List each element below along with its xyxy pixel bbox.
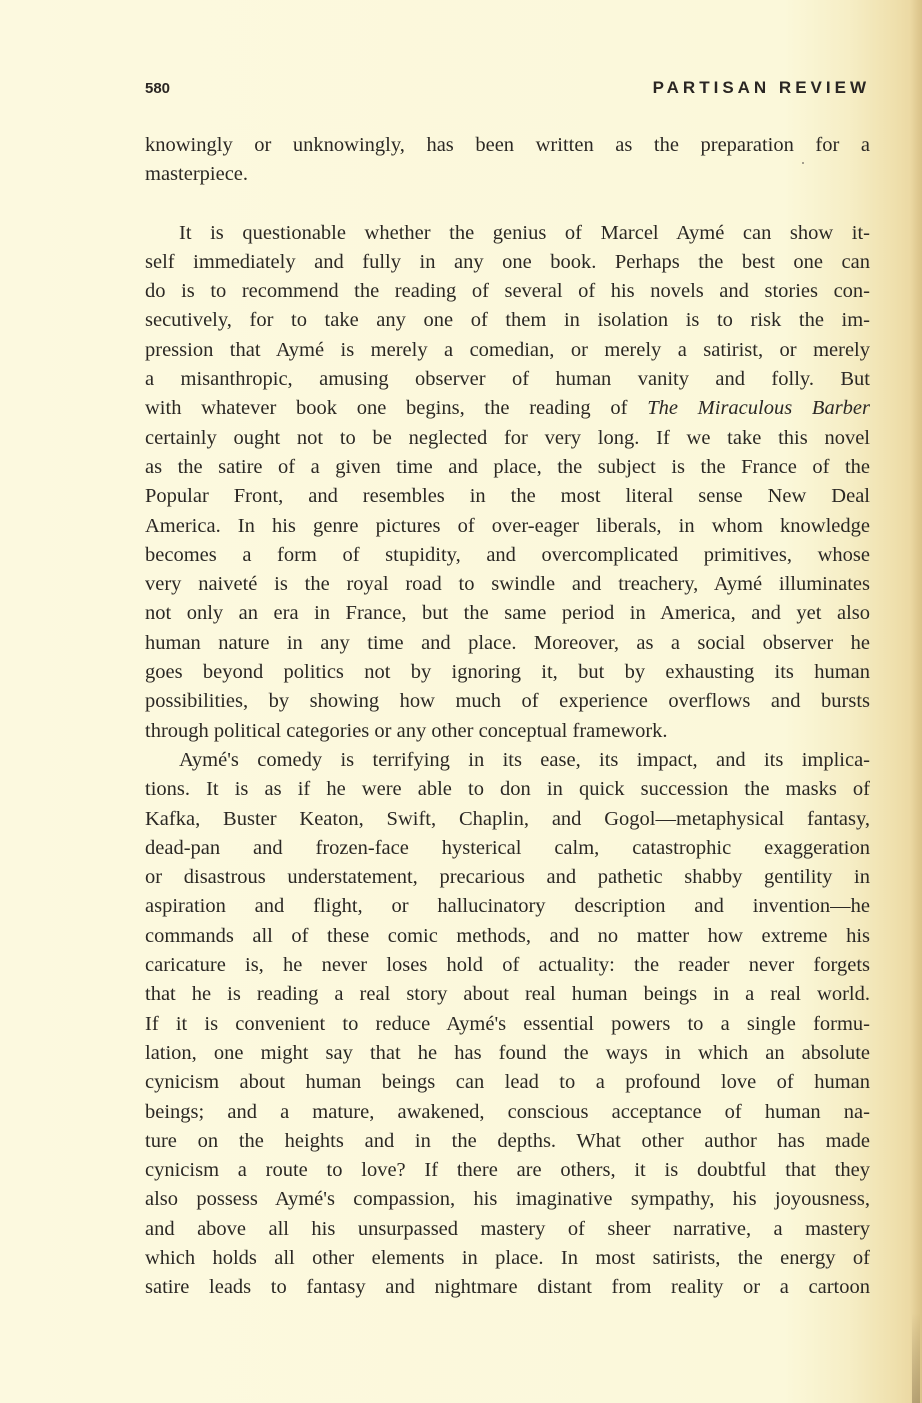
text-line: Kafka, Buster Keaton, Swift, Chaplin, an… bbox=[145, 805, 870, 834]
text-line: knowingly or unknowingly, has been writt… bbox=[145, 131, 870, 160]
text-line: and above all his unsurpassed mastery of… bbox=[145, 1215, 870, 1244]
text-line: goes beyond politics not by ignoring it,… bbox=[145, 658, 870, 687]
text-line: masterpiece. bbox=[145, 160, 870, 189]
text-line: cynicism about human beings can lead to … bbox=[145, 1068, 870, 1097]
text-line: secutively, for to take any one of them … bbox=[145, 306, 870, 335]
book-title-italic: The Miraculous Barber bbox=[647, 397, 870, 419]
text-line: certainly ought not to be neglected for … bbox=[145, 424, 870, 453]
text-line: which holds all other elements in place.… bbox=[145, 1244, 870, 1273]
page-edge-shadow bbox=[910, 0, 922, 1403]
text-line: America. In his genre pictures of over-e… bbox=[145, 512, 870, 541]
text-line: not only an era in France, but the same … bbox=[145, 599, 870, 628]
text-line: Aymé's comedy is terrifying in its ease,… bbox=[145, 746, 870, 775]
text-line: beings; and a mature, awakened, consciou… bbox=[145, 1098, 870, 1127]
text-line: cynicism a route to love? If there are o… bbox=[145, 1156, 870, 1185]
paragraph: It is questionable whether the genius of… bbox=[145, 219, 870, 746]
paragraph-gap bbox=[145, 190, 870, 219]
text-line: or disastrous understatement, precarious… bbox=[145, 863, 870, 892]
text-line: ture on the heights and in the depths. W… bbox=[145, 1127, 870, 1156]
text-line: aspiration and flight, or hallucinatory … bbox=[145, 892, 870, 921]
text-line: dead-pan and frozen-face hysterical calm… bbox=[145, 834, 870, 863]
text-line: as the satire of a given time and place,… bbox=[145, 453, 870, 482]
text-line: Popular Front, and resembles in the most… bbox=[145, 482, 870, 511]
paragraph: knowingly or unknowingly, has been writt… bbox=[145, 131, 870, 190]
paragraph: Aymé's comedy is terrifying in its ease,… bbox=[145, 746, 870, 1303]
text-line: caricature is, he never loses hold of ac… bbox=[145, 951, 870, 980]
text-line: becomes a form of stupidity, and overcom… bbox=[145, 541, 870, 570]
text-line: also possess Aymé's compassion, his imag… bbox=[145, 1185, 870, 1214]
text-line: a misanthropic, amusing observer of huma… bbox=[145, 365, 870, 394]
text-line: through political categories or any othe… bbox=[145, 717, 870, 746]
journal-title: PARTISAN REVIEW bbox=[653, 78, 870, 98]
text-line: do is to recommend the reading of severa… bbox=[145, 277, 870, 306]
text-line: tions. It is as if he were able to don i… bbox=[145, 775, 870, 804]
text-line: commands all of these comic methods, and… bbox=[145, 922, 870, 951]
text-line: self immediately and fully in any one bo… bbox=[145, 248, 870, 277]
text-line: human nature in any time and place. More… bbox=[145, 629, 870, 658]
text-fragment: with whatever book one begins, the readi… bbox=[145, 397, 647, 419]
body-text: knowingly or unknowingly, has been writt… bbox=[145, 131, 870, 1303]
running-head: 580 PARTISAN REVIEW bbox=[145, 78, 870, 102]
text-line: possibilities, by showing how much of ex… bbox=[145, 687, 870, 716]
text-line: with whatever book one begins, the readi… bbox=[145, 394, 870, 423]
text-line: that he is reading a real story about re… bbox=[145, 980, 870, 1009]
page-number: 580 bbox=[145, 80, 170, 97]
book-page: 580 PARTISAN REVIEW knowingly or unknowi… bbox=[0, 0, 922, 1403]
text-line: pression that Aymé is merely a comedian,… bbox=[145, 336, 870, 365]
text-line: very naiveté is the royal road to swindl… bbox=[145, 570, 870, 599]
text-line: If it is convenient to reduce Aymé's ess… bbox=[145, 1010, 870, 1039]
page-edge-bottom-shadow bbox=[912, 1313, 920, 1403]
text-line: satire leads to fantasy and nightmare di… bbox=[145, 1273, 870, 1302]
text-line: lation, one might say that he has found … bbox=[145, 1039, 870, 1068]
text-line: It is questionable whether the genius of… bbox=[145, 219, 870, 248]
